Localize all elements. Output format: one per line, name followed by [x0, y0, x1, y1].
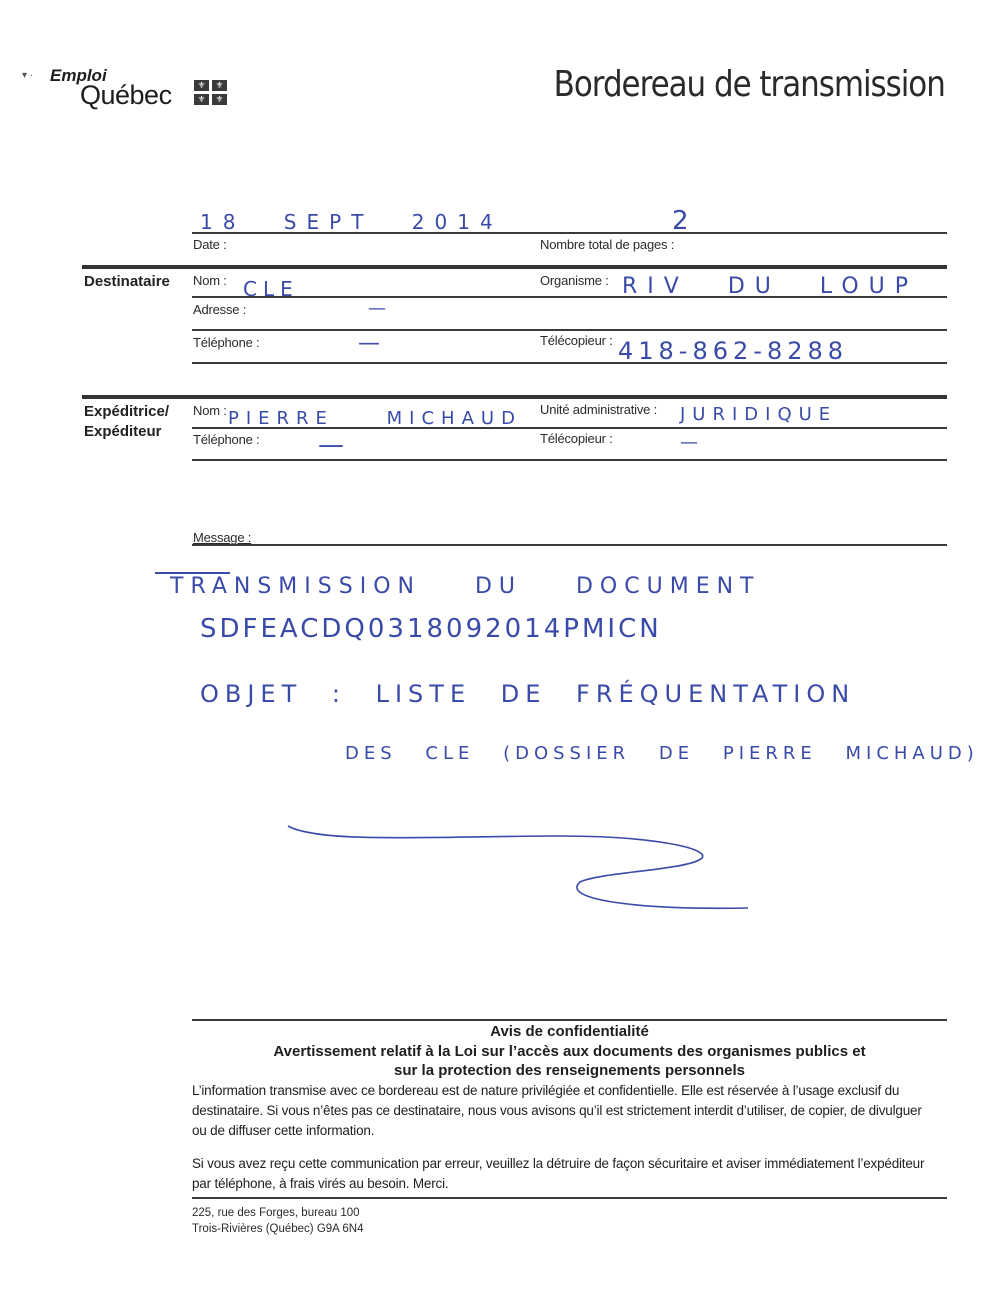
notice-subtitle-2: sur la protection des renseignements per… [192, 1061, 947, 1080]
footer-address-line-1: 225, rue des Forges, bureau 100 [192, 1205, 360, 1221]
unit-label: Unité administrative : [540, 402, 657, 417]
pages-label: Nombre total de pages : [540, 237, 674, 252]
recipient-phone-value: — [358, 331, 386, 356]
document-title: Bordereau de transmission [554, 64, 945, 105]
recipient-fax-value: 418-862-8288 [618, 337, 848, 365]
recipient-section-label: Destinataire [84, 272, 170, 292]
message-line-3: OBJET : LISTE DE FRÉQUENTATION [200, 680, 855, 708]
recipient-address-value: — [368, 298, 392, 319]
recipient-address-label: Adresse : [193, 302, 246, 317]
sender-name-value: PIERRE MICHAUD [228, 408, 522, 429]
notice-subtitle-1: Avertissement relatif à la Loi sur l’acc… [192, 1042, 947, 1061]
notice-title: Avis de confidentialité [192, 1022, 947, 1041]
unit-value: JURIDIQUE [680, 404, 837, 425]
message-line-4: DES CLE (DOSSIER DE PIERRE MICHAUD) [345, 743, 979, 764]
recipient-top-rule [82, 265, 947, 269]
sender-fax-value: — [680, 432, 704, 453]
notice-top-rule [192, 1019, 947, 1021]
message-line-1: TRANSMISSION DU DOCUMENT [170, 574, 761, 599]
date-value: 18 SEPT 2014 [200, 210, 503, 234]
notice-paragraph-2: Si vous avez reçu cette communication pa… [192, 1154, 937, 1194]
recipient-name-rule [192, 296, 947, 298]
sender-phone-label: Téléphone : [193, 432, 259, 447]
recipient-name-label: Nom : [193, 273, 227, 288]
message-label: Message : [193, 530, 251, 545]
logo-quebec-text: Québec [80, 80, 172, 111]
organization-label: Organisme : [540, 273, 609, 288]
footer-rule [192, 1197, 947, 1199]
date-rule [192, 232, 947, 234]
message-line-2: SDFEACDQ0318092014PMICN [200, 614, 662, 644]
logo: ▾ · Emploi Québec ⚜ ⚜ ⚜ ⚜ [22, 66, 252, 116]
message-rule [192, 544, 947, 546]
sender-top-rule [82, 395, 947, 399]
sender-fax-label: Télécopieur : [540, 431, 613, 446]
date-label: Date : [193, 237, 226, 252]
sender-name-label: Nom : [193, 403, 227, 418]
footer-address-line-2: Trois-Rivières (Québec) G9A 6N4 [192, 1221, 364, 1237]
sender-phone-rule [192, 459, 947, 461]
sender-section-label-2: Expéditeur [84, 422, 162, 442]
recipient-phone-label: Téléphone : [193, 335, 259, 350]
recipient-phone-rule [192, 362, 947, 364]
notice-paragraph-1: L’information transmise avec ce borderea… [192, 1081, 937, 1141]
sender-section-label-1: Expéditrice/ [84, 402, 169, 422]
closing-squiggle [260, 810, 760, 920]
recipient-fax-label: Télécopieur : [540, 333, 613, 348]
sender-name-rule [192, 427, 947, 429]
sender-phone-value: — [318, 430, 350, 460]
quebec-flag-icon: ⚜ ⚜ ⚜ ⚜ [194, 80, 227, 105]
logo-bullet-icon: ▾ · [22, 70, 33, 81]
recipient-address-rule [192, 329, 947, 331]
